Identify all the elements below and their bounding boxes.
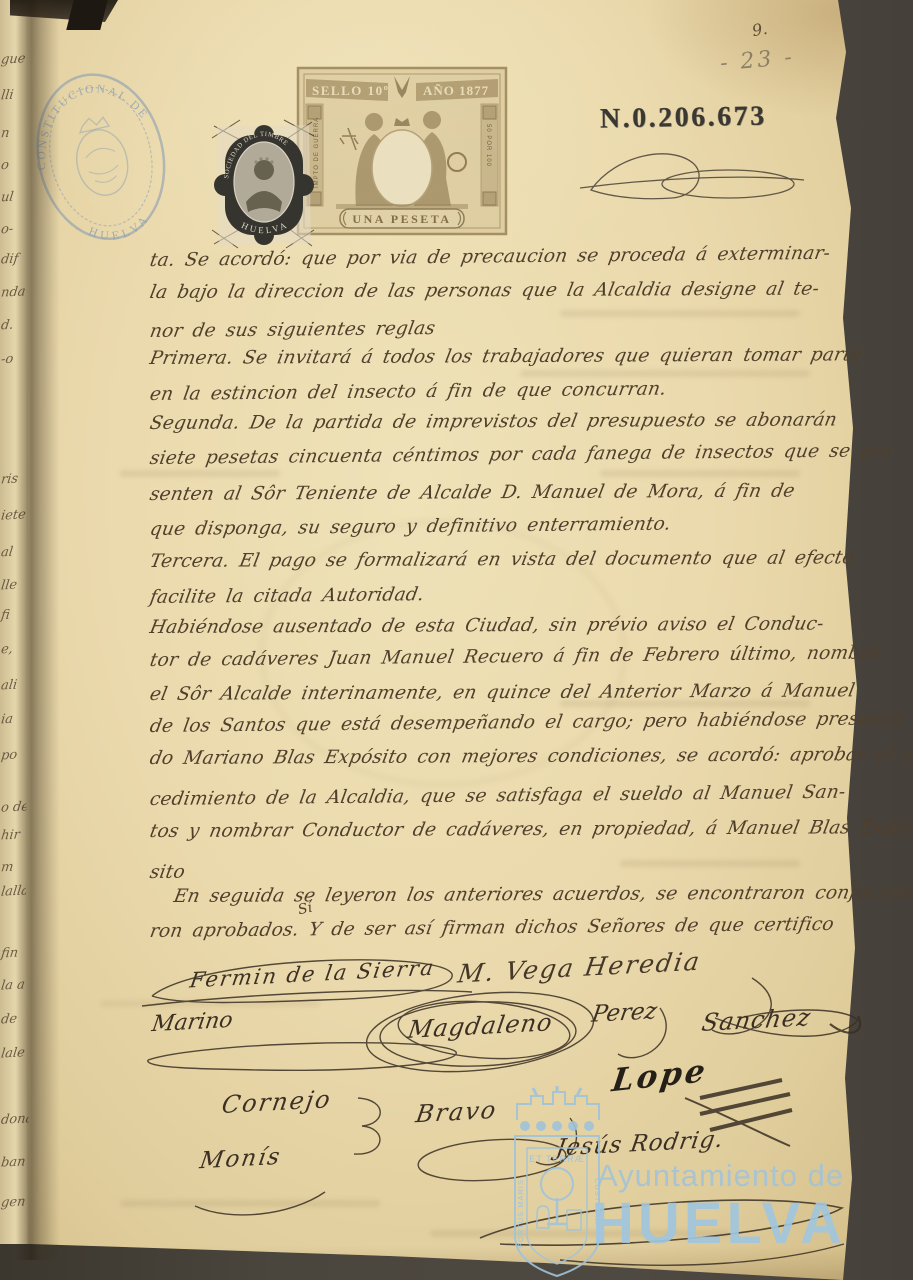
margin-fragment: d. [0, 318, 14, 334]
sello-header-left: SELLO 10º [312, 83, 389, 98]
margin-fragment: iete [0, 507, 27, 523]
margin-fragment: o de [0, 799, 30, 816]
margin-fragment: n [0, 126, 10, 142]
margin-fragment: fi [0, 608, 11, 624]
margin-fragment: fin [0, 945, 19, 961]
ink-flourish [576, 138, 808, 214]
sociedad-del-timbre-stamp: SOCIEDAD DEL TIMBRE HUELVA [212, 118, 316, 252]
interline-correction: Sí [296, 900, 313, 919]
manuscript-line: la bajo la direccion de las personas que… [148, 278, 863, 303]
scanned-document-photo: gue lli n o ul o- dif nda d. -o ris iete… [0, 0, 913, 1280]
manuscript-line: tos y nombrar Conductor de cadáveres, en… [148, 817, 863, 842]
margin-fragment: dif [0, 251, 19, 267]
signature: Perez [590, 998, 659, 1028]
margin-fragment: al [0, 545, 14, 561]
manuscript-line: Primera. Se invitará á todos los trabaja… [148, 344, 863, 369]
margin-fragment: o- [0, 222, 14, 238]
margin-fragment: gue [0, 51, 26, 67]
manuscript-line: Tercera. El pago se formalizará en vista… [148, 547, 863, 572]
margin-fragment: po [0, 748, 18, 764]
manuscript-line: do Mariano Blas Expósito con mejores con… [148, 744, 863, 769]
margin-fragment: o [0, 158, 10, 174]
margin-fragment: de [0, 1012, 18, 1028]
manuscript-line: Habiéndose ausentado de esta Ciudad, sin… [148, 613, 863, 638]
sello-header-right: AÑO 1877 [423, 83, 489, 98]
margin-fragment: ul [0, 190, 14, 206]
margin-fragment: la a [0, 977, 26, 993]
margin-fragment: e, [0, 642, 14, 658]
bleed-mark [600, 470, 800, 477]
signature: Marino [150, 1008, 234, 1037]
margin-fragment: hir [0, 827, 21, 843]
revenue-stamp-1877: SELLO 10º AÑO 1877 IMPTO DE GUERRA 50 PO… [296, 66, 508, 238]
manuscript-line: senten al Sôr Teniente de Alcalde D. Man… [148, 480, 863, 505]
manuscript-line: En seguida se leyeron los anteriores acu… [172, 882, 887, 907]
registry-number-stamp: N.0.206.673 [600, 101, 767, 136]
manuscript-line: Segunda. De la partida de imprevistos de… [148, 409, 863, 434]
margin-fragment: lalla [0, 883, 30, 900]
margin-fragment: nda [0, 284, 26, 300]
signature: Bravo [414, 1096, 500, 1129]
corner-ink-mark: 9. [750, 19, 768, 40]
margin-fragment: -o [0, 352, 14, 368]
margin-fragment: ris [0, 471, 19, 487]
margin-fragment: m [0, 860, 14, 876]
signature: Cornejo [220, 1085, 334, 1119]
margin-fragment: ban [0, 1154, 26, 1170]
signature: Sanchez [700, 1003, 813, 1037]
margin-fragment: lale [0, 1045, 26, 1061]
bleed-mark [120, 470, 280, 477]
manuscript-line: el Sôr Alcalde interinamente, en quince … [148, 680, 863, 705]
signature: Monís [198, 1144, 283, 1175]
margin-fragment: ia [0, 712, 14, 728]
margin-fragment: ali [0, 678, 18, 694]
sello-side-right-text: 50 POR 100 [485, 124, 491, 167]
bleed-mark [520, 370, 810, 377]
margin-fragment: lle [0, 578, 18, 594]
margin-fragment: gen [0, 1194, 26, 1210]
sello-denomination: UNA PESETA [352, 212, 451, 226]
